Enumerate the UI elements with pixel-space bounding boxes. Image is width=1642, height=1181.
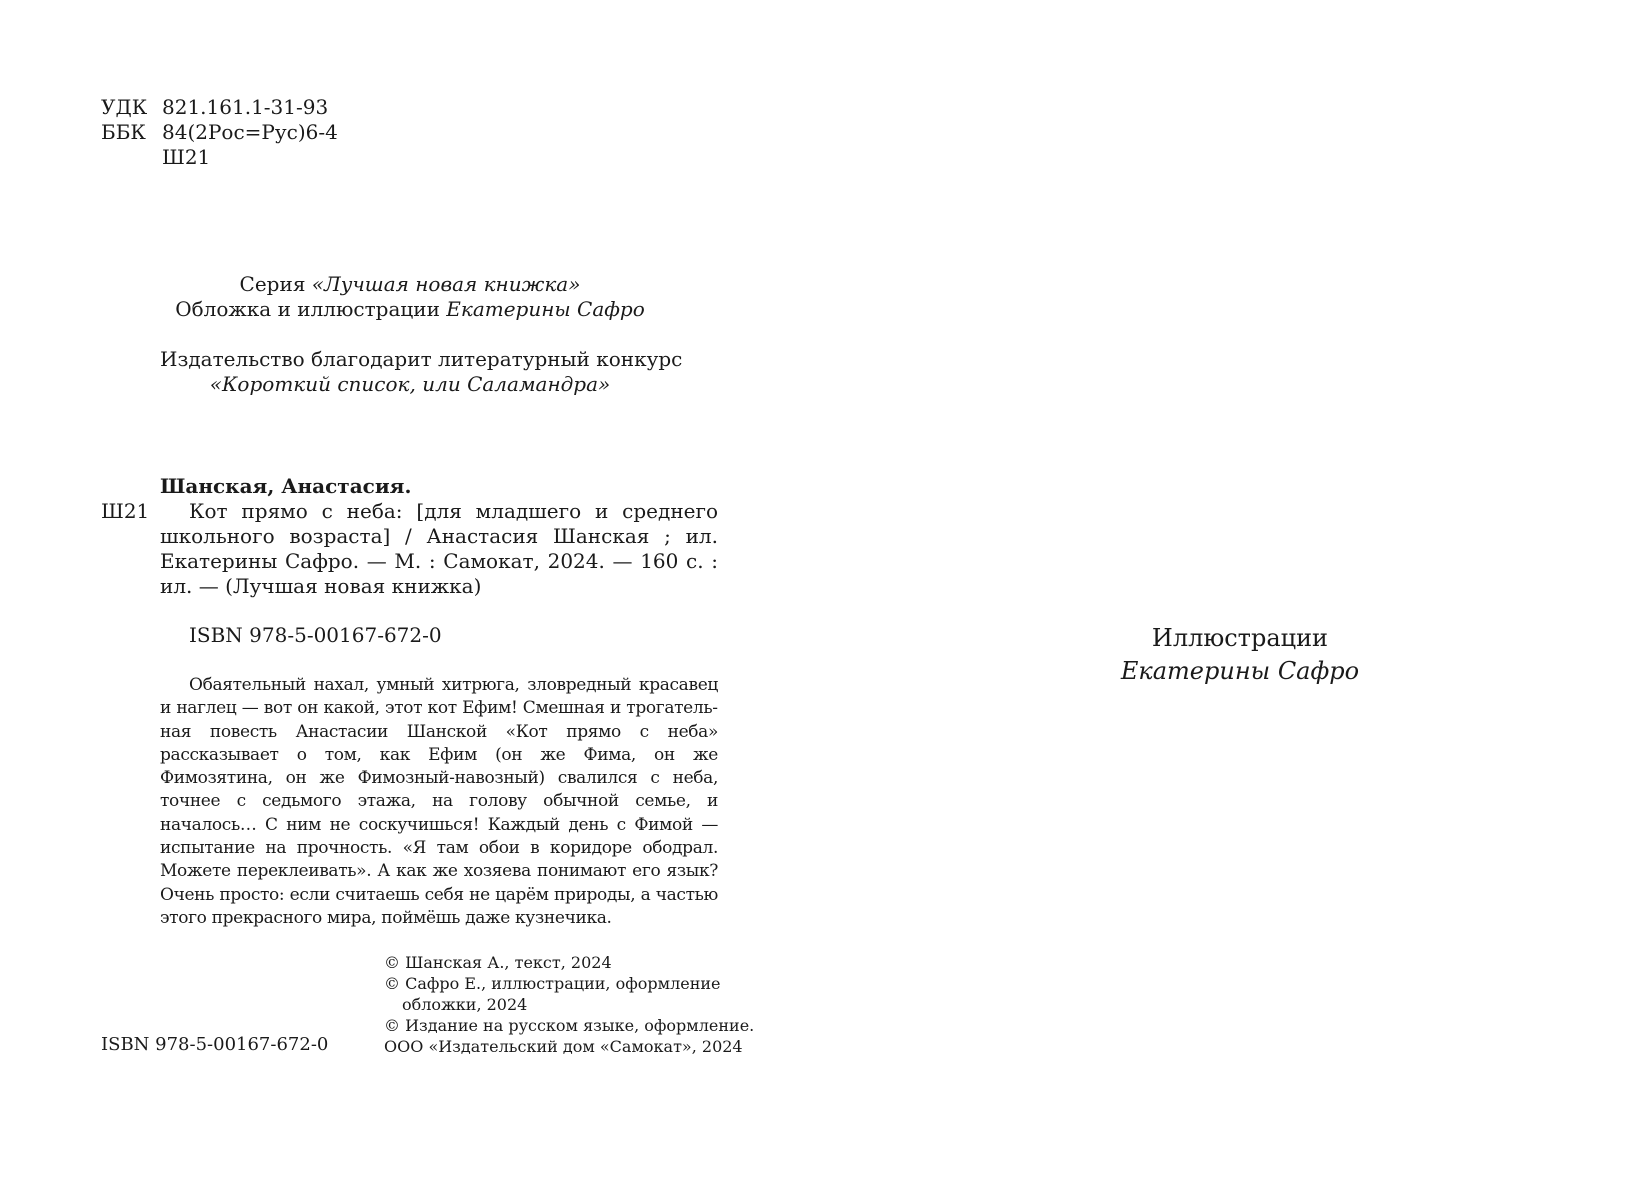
record-isbn: ISBN 978-5-00167-672-0 bbox=[189, 623, 442, 648]
classification-codes: УДК 821.161.1-31-93 ББК 84(2Рос=Рус)6-4 … bbox=[101, 95, 338, 170]
series-credits: Серия «Лучшая новая книжка» Обложка и ил… bbox=[160, 272, 660, 397]
annotation: Обаятельный нахал, умный хитрюга, зловре… bbox=[160, 674, 718, 930]
bbk-label: ББК bbox=[101, 120, 162, 145]
cover-prefix: Обложка и иллюстрации bbox=[175, 297, 446, 321]
copyright-text: © Шанская А., текст, 2024 bbox=[384, 952, 754, 973]
copyright-publisher: ООО «Издательский дом «Самокат», 2024 bbox=[384, 1036, 754, 1057]
bibliographic-record: Шанская, Анастасия. Ш21 Кот прямо с неба… bbox=[101, 474, 718, 599]
series-prefix: Серия bbox=[240, 272, 312, 296]
bbk-value: 84(2Рос=Рус)6-4 bbox=[162, 120, 338, 145]
series-name: «Лучшая новая книжка» bbox=[312, 272, 581, 296]
cover-artist: Екатерины Сафро bbox=[446, 297, 645, 321]
udk-label: УДК bbox=[101, 95, 162, 120]
copyright-illustrations-cont: обложки, 2024 bbox=[384, 994, 754, 1015]
illustrations-label: Иллюстрации bbox=[1040, 622, 1440, 655]
author-heading: Шанская, Анастасия. bbox=[160, 474, 718, 499]
copyright-illustrations: © Сафро Е., иллюстрации, оформление bbox=[384, 973, 754, 994]
right-page-illustrations: Иллюстрации Екатерины Сафро bbox=[1040, 622, 1440, 688]
cover-credit-line: Обложка и иллюстрации Екатерины Сафро bbox=[160, 297, 660, 322]
illustrator-name: Екатерины Сафро bbox=[1040, 655, 1440, 688]
record-description: Кот прямо с неба: [для младшего и средне… bbox=[160, 499, 718, 599]
bbk-row: ББК 84(2Рос=Рус)6-4 bbox=[101, 120, 338, 145]
copyright-block: © Шанская А., текст, 2024 © Сафро Е., ил… bbox=[384, 952, 754, 1057]
series-line: Серия «Лучшая новая книжка» bbox=[160, 272, 660, 297]
author-mark: Ш21 bbox=[162, 145, 210, 170]
contest-name: «Короткий список, или Саламандра» bbox=[160, 372, 660, 397]
udk-row: УДК 821.161.1-31-93 bbox=[101, 95, 338, 120]
footer-isbn: ISBN 978-5-00167-672-0 bbox=[101, 1034, 328, 1055]
record-author-mark: Ш21 bbox=[101, 499, 149, 524]
thanks-line: Издательство благодарит литературный кон… bbox=[160, 347, 660, 372]
udk-value: 821.161.1-31-93 bbox=[162, 95, 328, 120]
author-mark-row: Ш21 bbox=[101, 145, 338, 170]
copyright-edition: © Издание на русском языке, оформление. bbox=[384, 1015, 754, 1036]
